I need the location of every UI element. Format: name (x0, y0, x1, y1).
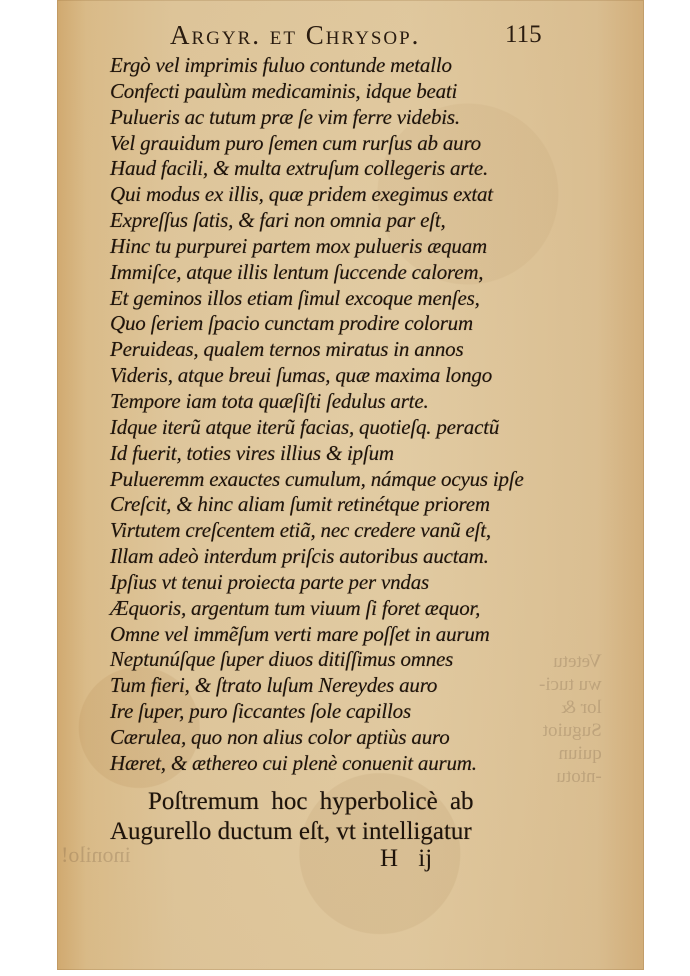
prose-line: Poſtremum hoc hyperbolicè ab (110, 787, 540, 817)
showthrough-line: quiun (539, 742, 602, 765)
verse-line: Vel grauidum puro ſemen cum rurſus ab au… (110, 131, 524, 157)
verse-line: Pulueremm exauctes cumulum, námque ocyus… (110, 467, 524, 493)
showthrough-line: -ntotu (539, 765, 602, 788)
verse-line: Tempore iam tota quæſiſti ſedulus arte. (110, 389, 524, 415)
verse-line: Neptunúſque ſuper diuos ditiſſimus omnes (110, 647, 524, 673)
verse-line: Id fuerit, toties vires illius & ipſum (110, 441, 524, 467)
verse-line: Virtutem creſcentem etiã, nec credere va… (110, 518, 524, 544)
showthrough-line: Suguiot (539, 719, 602, 742)
running-head-title: Argyr. et Chrysop. (170, 20, 420, 51)
verse-line: Cærulea, quo non alius color aptiùs auro (110, 725, 524, 751)
verse-line: Haud facili, & multa extruſum collegeris… (110, 156, 524, 182)
showthrough-line: lor & (539, 696, 602, 719)
verse-line: Ipſius vt tenui proiecta parte per vndas (110, 570, 524, 596)
verse-line: Confecti paulùm medicaminis, idque beati (110, 79, 524, 105)
verse-line: Quo ſeriem ſpacio cunctam prodire coloru… (110, 311, 524, 337)
verse-line: Peruideas, qualem ternos miratus in anno… (110, 337, 524, 363)
verse-line: Hæret, & æthereo cui plenè conuenit auru… (110, 751, 524, 777)
showthrough-line: wu tuci- (539, 673, 602, 696)
verse-line: Ergò vel imprimis fuluo contunde metallo (110, 53, 524, 79)
book-page: Argyr. et Chrysop. 115 Ergò vel imprimis… (57, 0, 644, 970)
verse-line: Expreſſus ſatis, & fari non omnia par eſ… (110, 208, 524, 234)
prose-line: Augurello ductum eſt, vt intelligatur (110, 817, 540, 847)
verse-line: Et geminos illos etiam ſimul excoque men… (110, 286, 524, 312)
verse-line: Idque iterũ atque iterũ facias, quotieſq… (110, 415, 524, 441)
verse-line: Qui modus ex illis, quæ pridem exegimus … (110, 182, 524, 208)
verse-line: Videris, atque breui ſumas, quæ maxima l… (110, 363, 524, 389)
verse-line: Creſcit, & hinc aliam ſumit retinétque p… (110, 492, 524, 518)
page-number: 115 (505, 21, 542, 49)
verse-line: Illam adeò interdum priſcis autoribus au… (110, 544, 524, 570)
verse-line: Immiſce, atque illis lentum ſuccende cal… (110, 260, 524, 286)
verse-line: Omne vel immẽſum verti mare poſſet in au… (110, 622, 524, 648)
signature-mark: H ij (380, 845, 432, 873)
verse-line: Hinc tu purpurei partem mox pulueris æqu… (110, 234, 524, 260)
showthrough-text-right: Vetetu wu tuci- lor & Suguiot quiun -nto… (539, 650, 602, 788)
verse-line: Ire ſuper, puro ſiccantes ſole capillos (110, 699, 524, 725)
verse-block: Ergò vel imprimis fuluo contunde metallo… (110, 53, 524, 777)
verse-line: Pulueris ac tutum præ ſe vim ferre videb… (110, 105, 524, 131)
showthrough-line: Vetetu (539, 650, 602, 673)
verse-line: Tum fieri, & ſtrato luſum Nereydes auro (110, 673, 524, 699)
prose-paragraph: Poſtremum hoc hyperbolicè ab Augurello d… (110, 787, 540, 847)
verse-line: Æquoris, argentum tum viuum ſi foret æqu… (110, 596, 524, 622)
